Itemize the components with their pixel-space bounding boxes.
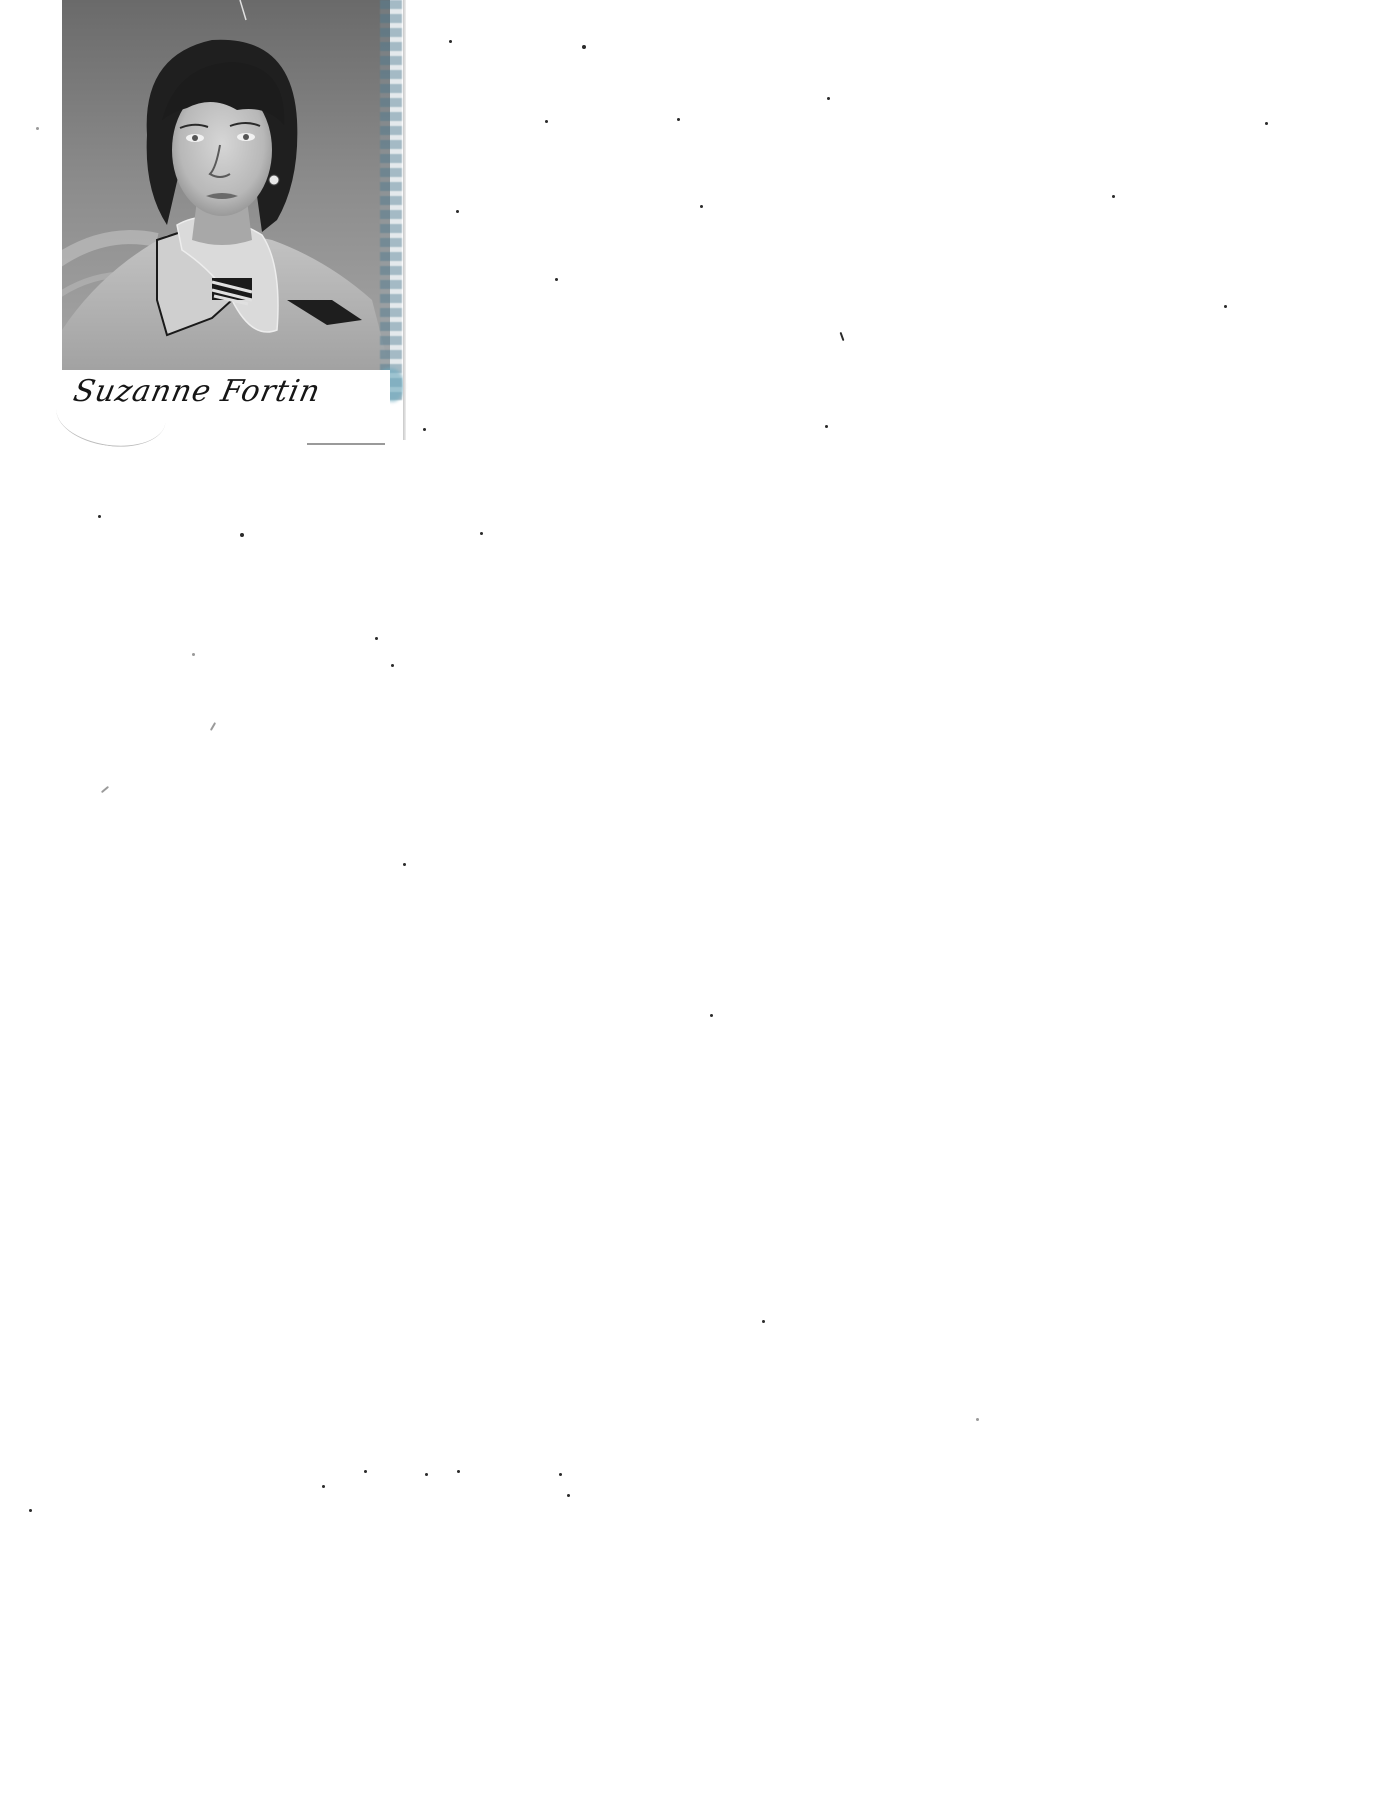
underline-mark bbox=[307, 443, 385, 445]
ink-stamp bbox=[380, 0, 402, 400]
speck bbox=[710, 1014, 713, 1017]
speck bbox=[545, 120, 548, 123]
speck bbox=[582, 45, 586, 49]
id-photo-card: Suzanne Fortin bbox=[62, 0, 406, 440]
speck bbox=[210, 722, 216, 731]
scanned-page: Suzanne Fortin bbox=[0, 0, 1391, 1800]
speck bbox=[364, 1470, 367, 1473]
speck bbox=[403, 863, 406, 866]
speck bbox=[480, 532, 483, 535]
speck bbox=[567, 1494, 570, 1497]
speck bbox=[449, 40, 452, 43]
speck bbox=[1112, 195, 1115, 198]
speck bbox=[762, 1320, 765, 1323]
speck bbox=[322, 1485, 325, 1488]
speck bbox=[1265, 122, 1268, 125]
speck bbox=[98, 515, 101, 518]
speck bbox=[423, 428, 426, 431]
speck bbox=[840, 332, 845, 341]
speck bbox=[29, 1509, 32, 1512]
speck bbox=[240, 533, 244, 537]
speck bbox=[700, 205, 703, 208]
speck bbox=[101, 786, 109, 793]
speck bbox=[391, 664, 394, 667]
speck bbox=[375, 637, 378, 640]
portrait-photo bbox=[62, 0, 390, 370]
speck bbox=[559, 1473, 562, 1476]
speck bbox=[1224, 305, 1227, 308]
speck bbox=[425, 1473, 428, 1476]
speck bbox=[976, 1418, 979, 1421]
speck bbox=[456, 210, 459, 213]
speck bbox=[677, 118, 680, 121]
speck bbox=[457, 1470, 460, 1473]
speck bbox=[825, 425, 828, 428]
speck bbox=[192, 653, 195, 656]
speck bbox=[827, 97, 830, 100]
photo-edge bbox=[403, 0, 406, 440]
speck bbox=[555, 278, 558, 281]
speck bbox=[36, 127, 39, 130]
portrait-illustration bbox=[62, 0, 390, 370]
